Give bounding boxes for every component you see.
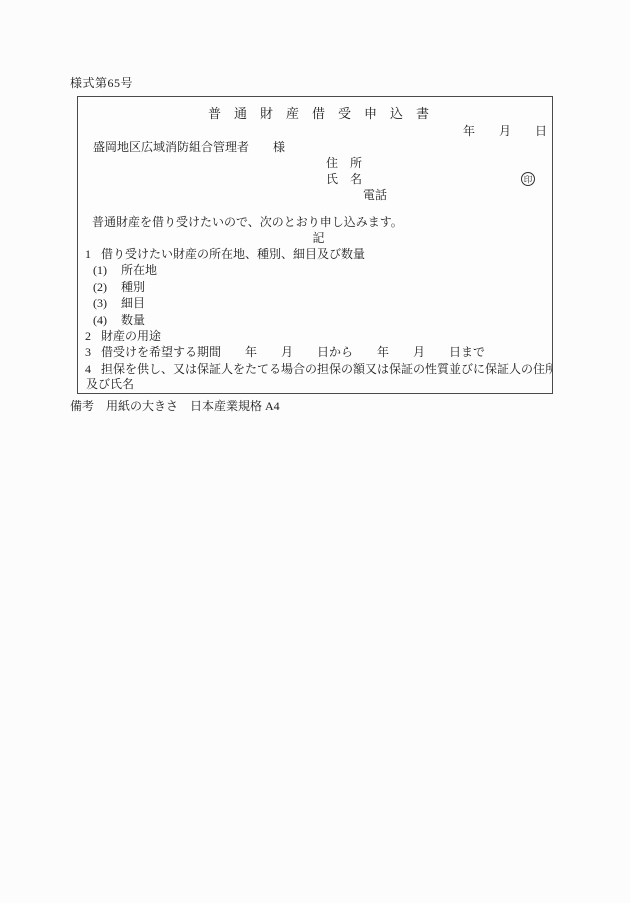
application-statement: 普通財産を借り受けたいので、次のとおり申し込みます。 bbox=[85, 214, 552, 230]
item-text: 借り受けたい財産の所在地、種別、細目及び数量 bbox=[101, 246, 552, 262]
item-text: 所在地 bbox=[121, 262, 552, 278]
list-item-4-continuation: 及び氏名 bbox=[85, 377, 552, 391]
item-marker: (3) bbox=[93, 295, 121, 311]
item-text: 細目 bbox=[121, 295, 552, 311]
item-text: 借受けを希望する期間 年 月 日から 年 月 日まで bbox=[101, 344, 552, 360]
paper-size-note: 備考 用紙の大きさ 日本産業規格 A4 bbox=[70, 400, 562, 413]
list-subitem-2: (2) 種別 bbox=[85, 279, 552, 295]
item-marker: 2 bbox=[85, 328, 101, 344]
item-marker: 1 bbox=[85, 246, 101, 262]
list-item-4: 4 担保を供し、又は保証人をたてる場合の担保の額又は保証の性質並びに保証人の住所 bbox=[85, 361, 552, 377]
item-text: 及び氏名 bbox=[86, 377, 552, 391]
form-title: 普通財産借受申込書 bbox=[85, 105, 552, 123]
item-text: 数量 bbox=[121, 312, 552, 328]
list-subitem-1: (1) 所在地 bbox=[85, 262, 552, 278]
phone-label: 電話 bbox=[85, 187, 552, 203]
item-marker: (1) bbox=[93, 262, 121, 278]
list-item-2: 2 財産の用途 bbox=[85, 328, 552, 344]
item-text: 担保を供し、又は保証人をたてる場合の担保の額又は保証の性質並びに保証人の住所 bbox=[101, 361, 552, 377]
item-text: 種別 bbox=[121, 279, 552, 295]
address-label: 住 所 bbox=[85, 155, 552, 171]
document-page: 様式第65号 普通財産借受申込書 年 月 日 盛岡地区広域消防組合管理者 様 住… bbox=[70, 77, 562, 413]
name-line: 氏 名 印 bbox=[85, 171, 552, 187]
item-text: 財産の用途 bbox=[101, 328, 552, 344]
item-marker: 4 bbox=[85, 361, 101, 377]
item-marker: (4) bbox=[93, 312, 121, 328]
name-label: 氏 名 bbox=[326, 171, 362, 187]
date-line: 年 月 日 bbox=[85, 123, 552, 139]
record-heading: 記 bbox=[85, 230, 552, 246]
list-item-1: 1 借り受けたい財産の所在地、種別、細目及び数量 bbox=[85, 246, 552, 262]
list-subitem-4: (4) 数量 bbox=[85, 312, 552, 328]
item-marker: 3 bbox=[85, 344, 101, 360]
seal-label: 印 bbox=[524, 175, 533, 184]
list-item-3: 3 借受けを希望する期間 年 月 日から 年 月 日まで bbox=[85, 344, 552, 360]
item-marker: (2) bbox=[93, 279, 121, 295]
application-form-box: 普通財産借受申込書 年 月 日 盛岡地区広域消防組合管理者 様 住 所 氏 名 … bbox=[77, 96, 553, 394]
form-number-label: 様式第65号 bbox=[70, 77, 562, 90]
spacer bbox=[85, 203, 552, 214]
addressee-line: 盛岡地区広域消防組合管理者 様 bbox=[85, 139, 552, 155]
seal-icon: 印 bbox=[521, 172, 535, 186]
list-subitem-3: (3) 細目 bbox=[85, 295, 552, 311]
